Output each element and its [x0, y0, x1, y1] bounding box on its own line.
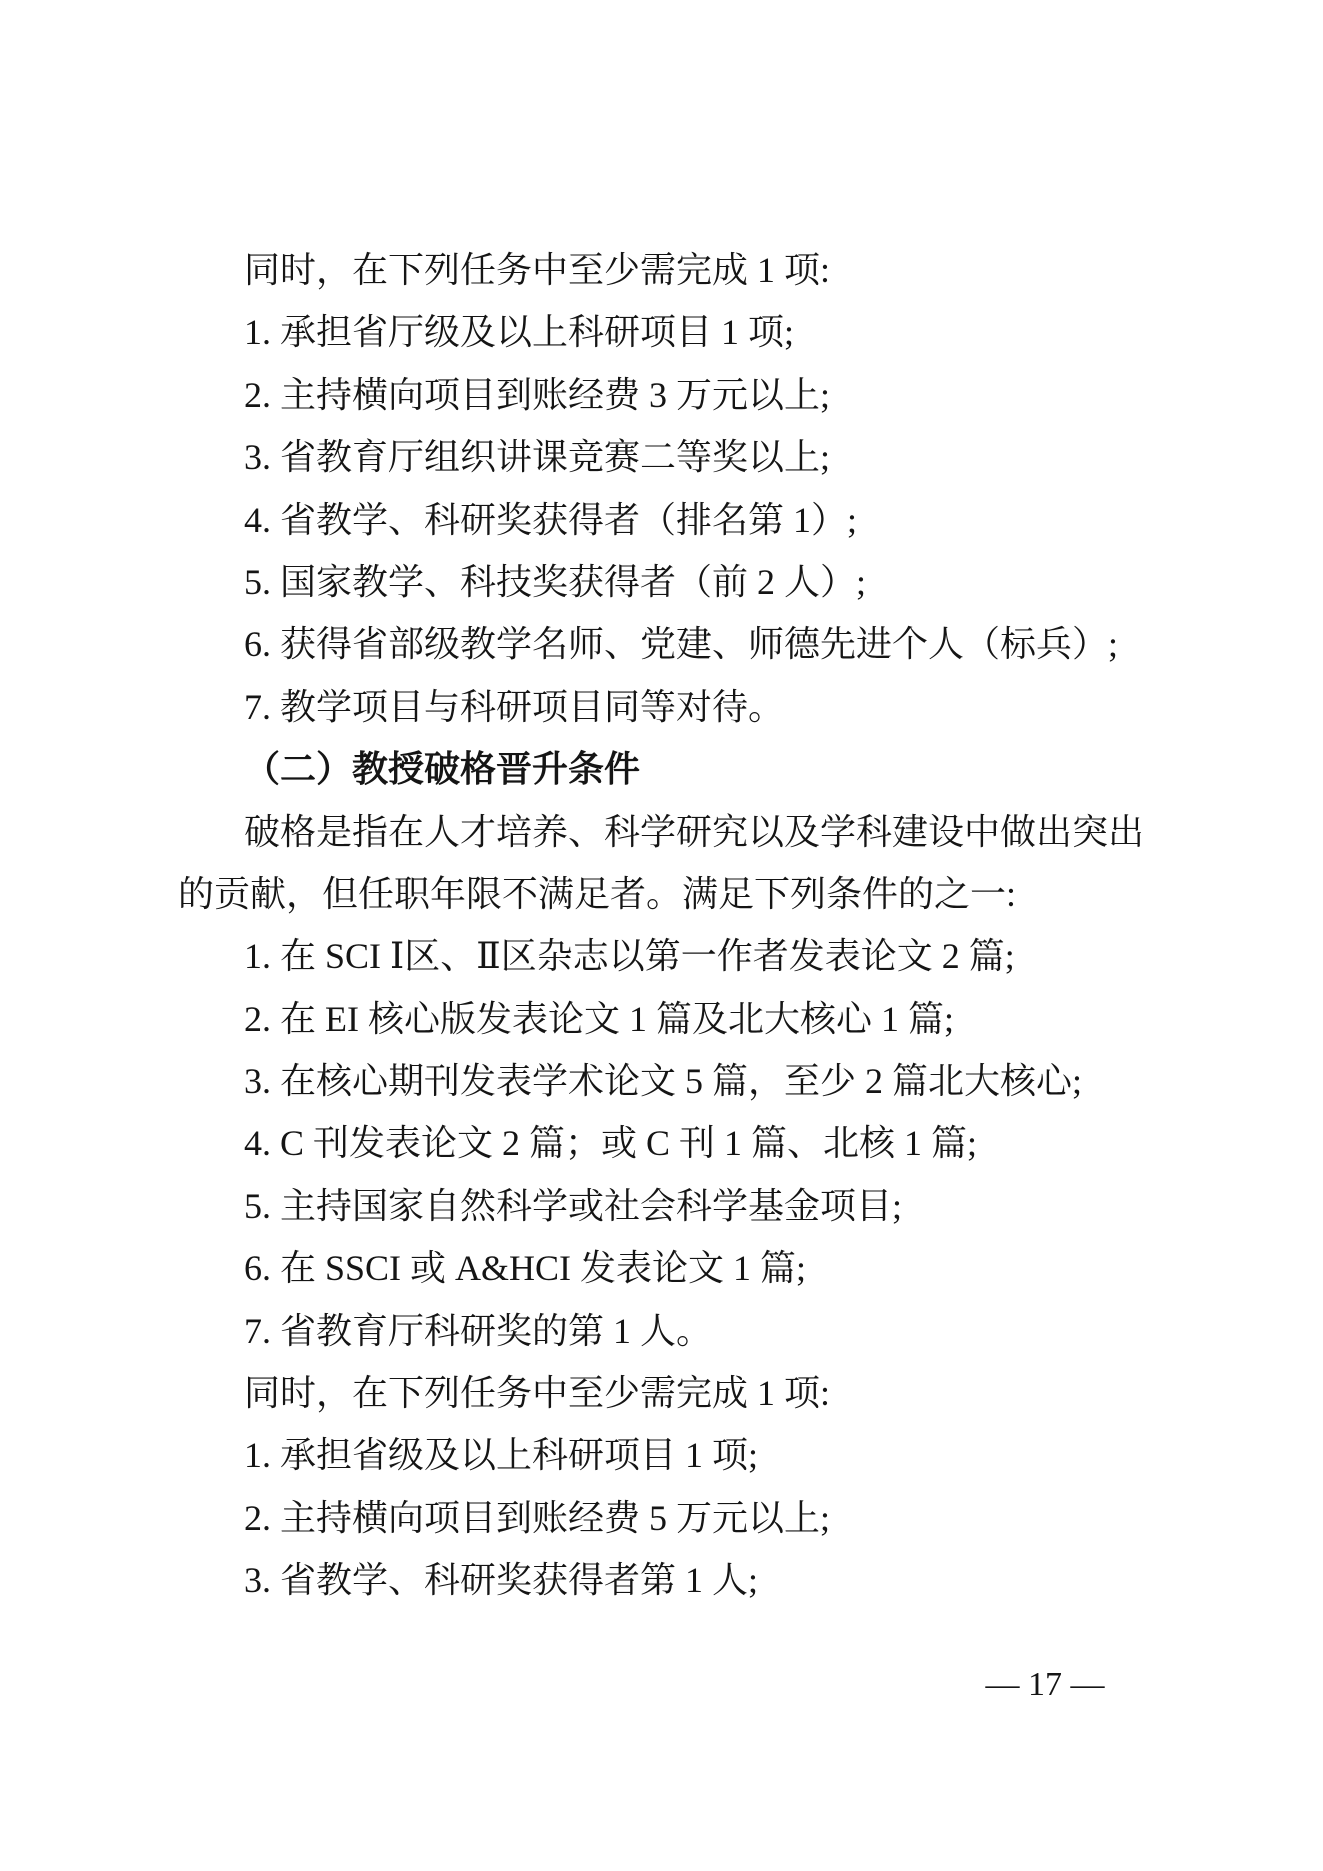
list-item: 3. 省教育厅组织讲课竞赛二等奖以上; [178, 426, 1140, 488]
list-item: 4. C 刊发表论文 2 篇；或 C 刊 1 篇、北核 1 篇; [178, 1112, 1140, 1174]
paragraph-line-tasks-intro: 同时，在下列任务中至少需完成 1 项: [178, 239, 1140, 301]
list-item: 1. 承担省级及以上科研项目 1 项; [178, 1424, 1140, 1486]
paragraph-line-tasks-intro: 同时，在下列任务中至少需完成 1 项: [178, 1362, 1140, 1424]
list-item: 6. 获得省部级教学名师、党建、师德先进个人（标兵）; [178, 613, 1140, 675]
list-item: 2. 主持横向项目到账经费 5 万元以上; [178, 1487, 1140, 1549]
paragraph-line: 的贡献，但任职年限不满足者。满足下列条件的之一: [178, 863, 1140, 925]
list-item: 7. 省教育厅科研奖的第 1 人。 [178, 1300, 1140, 1362]
list-item: 5. 国家教学、科技奖获得者（前 2 人）; [178, 551, 1140, 613]
page-number: — 17 — [955, 1660, 1135, 1710]
section-heading: （二）教授破格晋升条件 [178, 738, 1140, 800]
list-item: 2. 主持横向项目到账经费 3 万元以上; [178, 364, 1140, 426]
paragraph-line: 破格是指在人才培养、科学研究以及学科建设中做出突出 [178, 801, 1140, 863]
list-item: 7. 教学项目与科研项目同等对待。 [178, 676, 1140, 738]
document-page: 同时，在下列任务中至少需完成 1 项: 1. 承担省厅级及以上科研项目 1 项;… [0, 0, 1323, 1871]
list-item: 4. 省教学、科研奖获得者（排名第 1）; [178, 489, 1140, 551]
list-item: 3. 省教学、科研奖获得者第 1 人; [178, 1549, 1140, 1611]
list-item: 5. 主持国家自然科学或社会科学基金项目; [178, 1175, 1140, 1237]
list-item: 1. 承担省厅级及以上科研项目 1 项; [178, 301, 1140, 363]
list-item: 6. 在 SSCI 或 A&HCI 发表论文 1 篇; [178, 1237, 1140, 1299]
document-body: 同时，在下列任务中至少需完成 1 项: 1. 承担省厅级及以上科研项目 1 项;… [178, 239, 1140, 1612]
list-item: 2. 在 EI 核心版发表论文 1 篇及北大核心 1 篇; [178, 988, 1140, 1050]
list-item: 1. 在 SCI Ⅰ区、Ⅱ区杂志以第一作者发表论文 2 篇; [178, 925, 1140, 987]
list-item: 3. 在核心期刊发表学术论文 5 篇，至少 2 篇北大核心; [178, 1050, 1140, 1112]
